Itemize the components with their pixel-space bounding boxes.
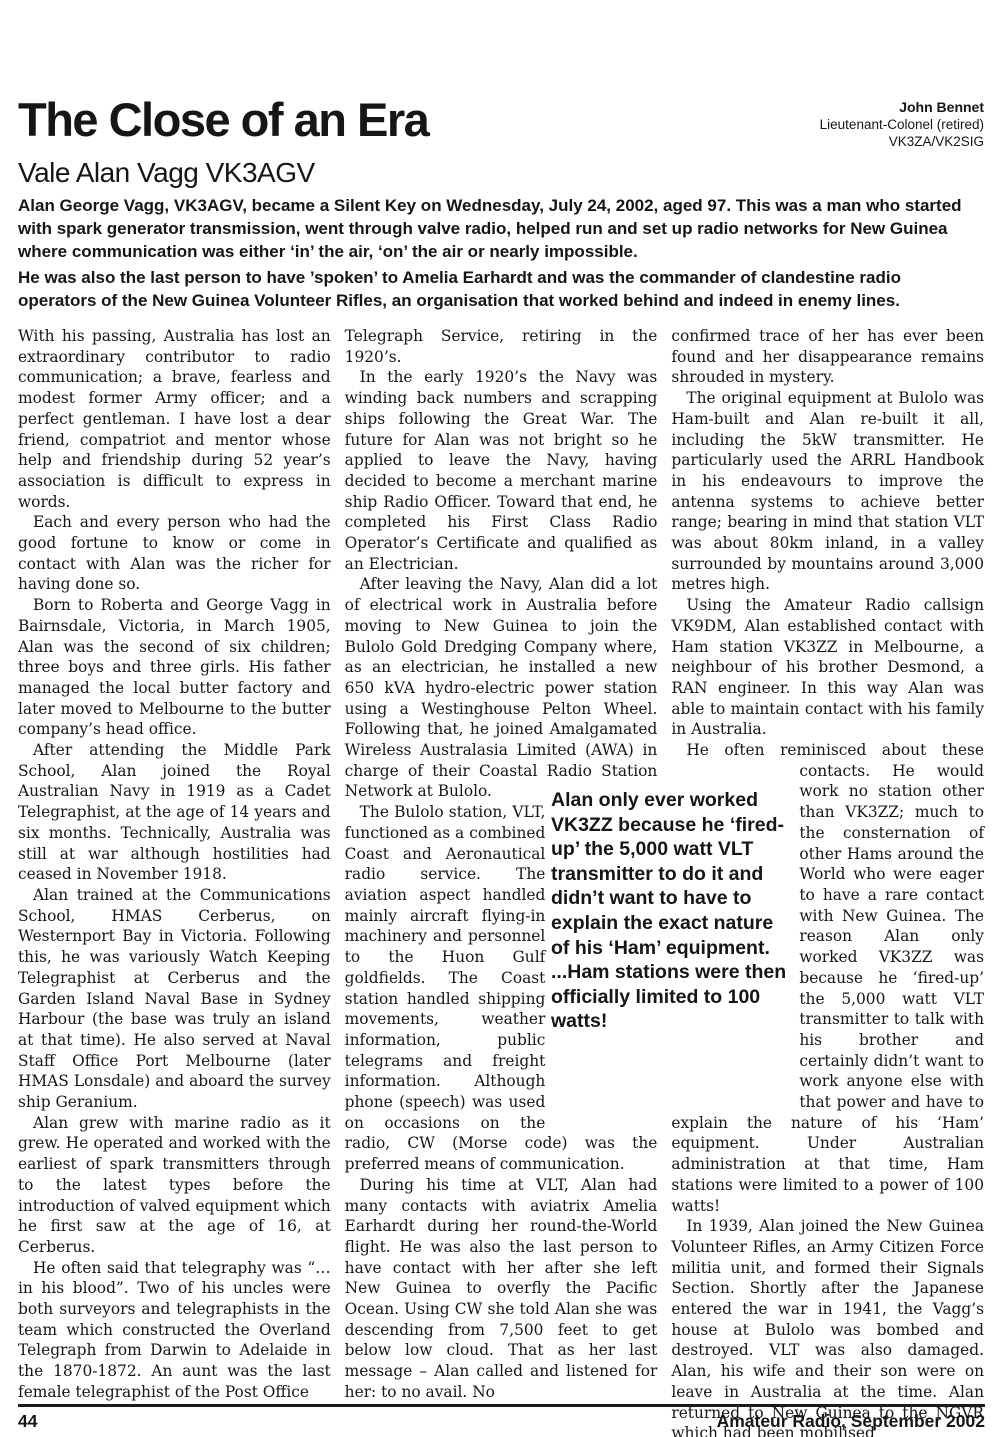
body-paragraph: He often said that telegraphy was “… in …	[18, 1258, 331, 1403]
body-paragraph: The original equipment at Bulolo was Ham…	[671, 388, 984, 595]
body-paragraph: After attending the Middle Park School, …	[18, 740, 331, 885]
body-column-1: With his passing, Australia has lost an …	[18, 326, 331, 1437]
body-paragraph: After leaving the Navy, Alan did a lot o…	[345, 574, 658, 802]
body-paragraph: Using the Amateur Radio callsign VK9DM, …	[671, 595, 984, 740]
byline-rank: Lieutenant-Colonel (retired)	[820, 116, 984, 133]
intro-paragraph-1: Alan George Vagg, VK3AGV, became a Silen…	[18, 194, 984, 263]
footer-divider	[18, 1404, 985, 1407]
byline-author: John Bennet	[820, 99, 984, 116]
article-header: The Close of an Era John Bennet Lieutena…	[18, 96, 984, 150]
article-subtitle: Vale Alan Vagg VK3AGV	[18, 158, 984, 188]
body-paragraph: During his time at VLT, Alan had many co…	[345, 1175, 658, 1403]
body-paragraph: Each and every person who had the good f…	[18, 512, 331, 595]
byline: John Bennet Lieutenant-Colonel (retired)…	[820, 96, 984, 150]
body-paragraph: Alan grew with marine radio as it grew. …	[18, 1113, 331, 1258]
intro-paragraph-2: He was also the last person to have ’spo…	[18, 266, 984, 312]
pull-quote: Alan only ever worked VK3ZZ because he ‘…	[551, 788, 791, 1034]
byline-callsigns: VK3ZA/VK2SIG	[820, 133, 984, 150]
body-paragraph: Telegraph Service, retiring in the 1920’…	[345, 326, 658, 367]
article-body: With his passing, Australia has lost an …	[18, 326, 984, 1437]
journal-title: Amateur Radio, September 2002	[717, 1411, 985, 1432]
body-columns: With his passing, Australia has lost an …	[18, 326, 984, 1437]
body-paragraph: With his passing, Australia has lost an …	[18, 326, 331, 512]
page-title: The Close of an Era	[18, 96, 428, 144]
body-paragraph: confirmed trace of her has ever been fou…	[671, 326, 984, 388]
magazine-page: The Close of an Era John Bennet Lieutena…	[0, 0, 1000, 1437]
page-footer: 44 Amateur Radio, September 2002	[18, 1411, 985, 1432]
page-number: 44	[18, 1411, 37, 1432]
body-paragraph: Alan trained at the Communications Schoo…	[18, 885, 331, 1113]
article-intro: Alan George Vagg, VK3AGV, became a Silen…	[18, 194, 984, 312]
body-paragraph: Born to Roberta and George Vagg in Bairn…	[18, 595, 331, 740]
body-paragraph: In the early 1920’s the Navy was winding…	[345, 367, 658, 574]
